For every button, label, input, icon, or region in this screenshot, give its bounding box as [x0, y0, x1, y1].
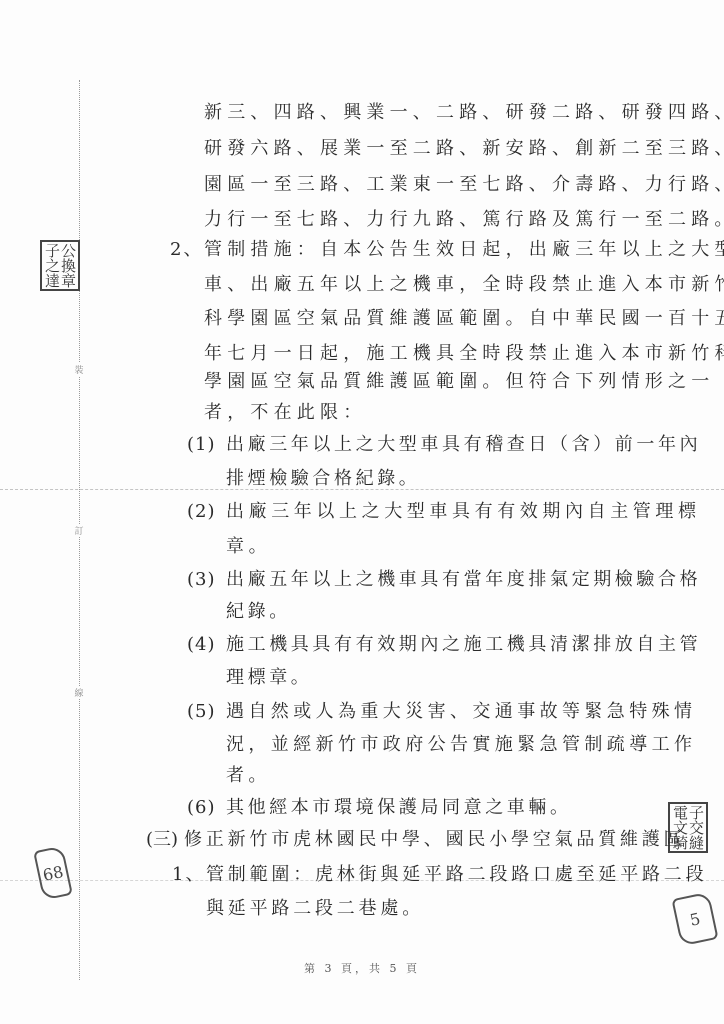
text-line: 章。: [226, 536, 271, 558]
binding-label-xian: 線: [72, 686, 86, 699]
text-line: 者，不在此限：: [204, 402, 366, 424]
exception-label: (2): [187, 501, 216, 523]
exception-label: (1): [187, 434, 216, 456]
text-line: 況，並經新竹市政府公告實施緊急管制疏導工作: [226, 734, 696, 756]
text-line: 力行一至七路、力行九路、篤行路及篤行一至二路。: [204, 209, 724, 231]
page-footer: 第 3 頁，共 5 頁: [0, 960, 724, 976]
exception-label: (3): [187, 569, 216, 591]
exception-label: (5): [187, 701, 216, 723]
section-label: (三): [146, 829, 178, 851]
stamp-number: 68: [41, 862, 65, 885]
item-number: 1、: [172, 864, 205, 886]
text-line: 科學園區空氣品質維護區範圍。自中華民國一百十五: [204, 308, 724, 330]
stamp-number: 5: [688, 909, 702, 930]
page-count-stamp-left: 68: [33, 845, 73, 900]
text-line: 年七月一日起，施工機具全時段禁止進入本市新竹科: [204, 343, 724, 365]
binding-label-ding: 訂: [72, 524, 86, 537]
seal-col: 子之達: [44, 243, 60, 288]
exception-label: (4): [187, 634, 216, 656]
exception-label: (6): [187, 797, 216, 819]
text-line: 出廠三年以上之大型車具有稽查日（含）前一年內: [226, 434, 701, 456]
text-line: 排煙檢驗合格紀錄。: [226, 468, 420, 490]
text-line: 與延平路二段二巷處。: [206, 898, 424, 920]
page-count-stamp-right: 5: [671, 892, 718, 947]
text-line: 出廠五年以上之機車具有當年度排氣定期檢驗合格: [226, 569, 701, 591]
seal-col: 子交縫: [688, 805, 704, 850]
seal-stamp-left: 公換章 子之達: [40, 240, 80, 291]
binding-label-zhuang: 裝: [72, 363, 86, 376]
text-line: 學園區空氣品質維護區範圍。但符合下列情形之一: [204, 371, 714, 393]
text-line: 新三、四路、興業一、二路、研發二路、研發四路、: [204, 102, 724, 124]
text-line: 者。: [226, 765, 271, 787]
text-line: 管制措施：自本公告生效日起，出廠三年以上之大型: [204, 239, 724, 261]
text-line: 遇自然或人為重大災害、交通事故等緊急特殊情: [226, 701, 696, 723]
text-line: 園區一至三路、工業東一至七路、介壽路、力行路、: [204, 174, 724, 196]
text-line: 研發六路、展業一至二路、新安路、創新二至三路、: [204, 138, 724, 160]
seal-col: 公換章: [60, 243, 76, 288]
text-line: 理標章。: [226, 667, 312, 689]
text-line: 紀錄。: [226, 601, 291, 623]
text-line: 其他經本市環境保護局同意之車輛。: [226, 797, 572, 819]
text-line: 出廠三年以上之大型車具有有效期內自主管理標: [226, 501, 701, 523]
text-line: 管制範圍：虎林街與延平路二段路口處至延平路二段: [206, 864, 707, 886]
text-line: 車、出廠五年以上之機車，全時段禁止進入本市新竹: [204, 274, 724, 296]
item-number: 2、: [170, 239, 203, 261]
text-line: 施工機具具有有效期內之施工機具清潔排放自主管: [226, 634, 701, 656]
section-title: 修正新竹市虎林國民中學、國民小學空氣品質維護區: [184, 829, 685, 851]
